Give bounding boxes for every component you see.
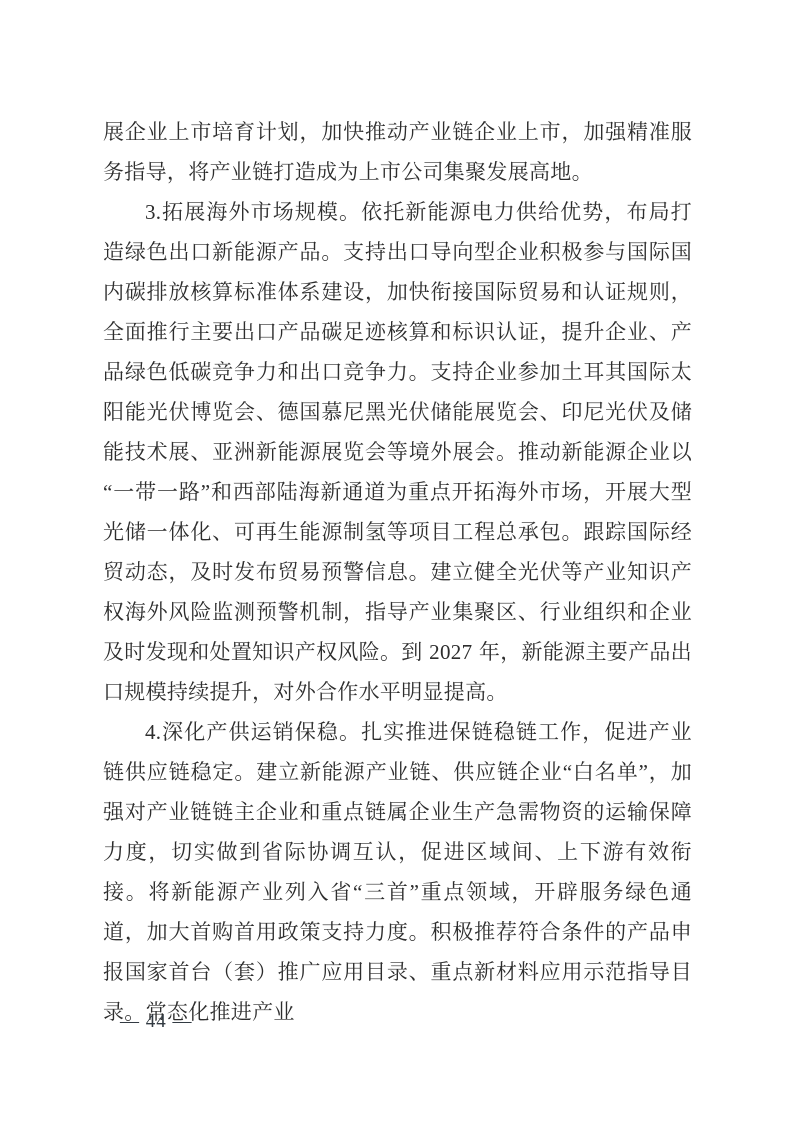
page-footer: — 44 — bbox=[120, 1008, 193, 1036]
paragraph-continuation: 展企业上市培育计划，加快推动产业链企业上市，加强精准服务指导，将产业链打造成为上… bbox=[103, 112, 692, 192]
paragraph-item-3: 3.拓展海外市场规模。依托新能源电力供给优势，布局打造绿色出口新能源产品。支持出… bbox=[103, 192, 692, 712]
document-page: 展企业上市培育计划，加快推动产业链企业上市，加强精准服务指导，将产业链打造成为上… bbox=[0, 0, 794, 1123]
page-number: — 44 — bbox=[120, 1011, 193, 1032]
paragraph-item-4: 4.深化产供运销保稳。扎实推进保链稳链工作，促进产业链供应链稳定。建立新能源产业… bbox=[103, 712, 692, 1032]
document-body: 展企业上市培育计划，加快推动产业链企业上市，加强精准服务指导，将产业链打造成为上… bbox=[103, 112, 692, 1032]
